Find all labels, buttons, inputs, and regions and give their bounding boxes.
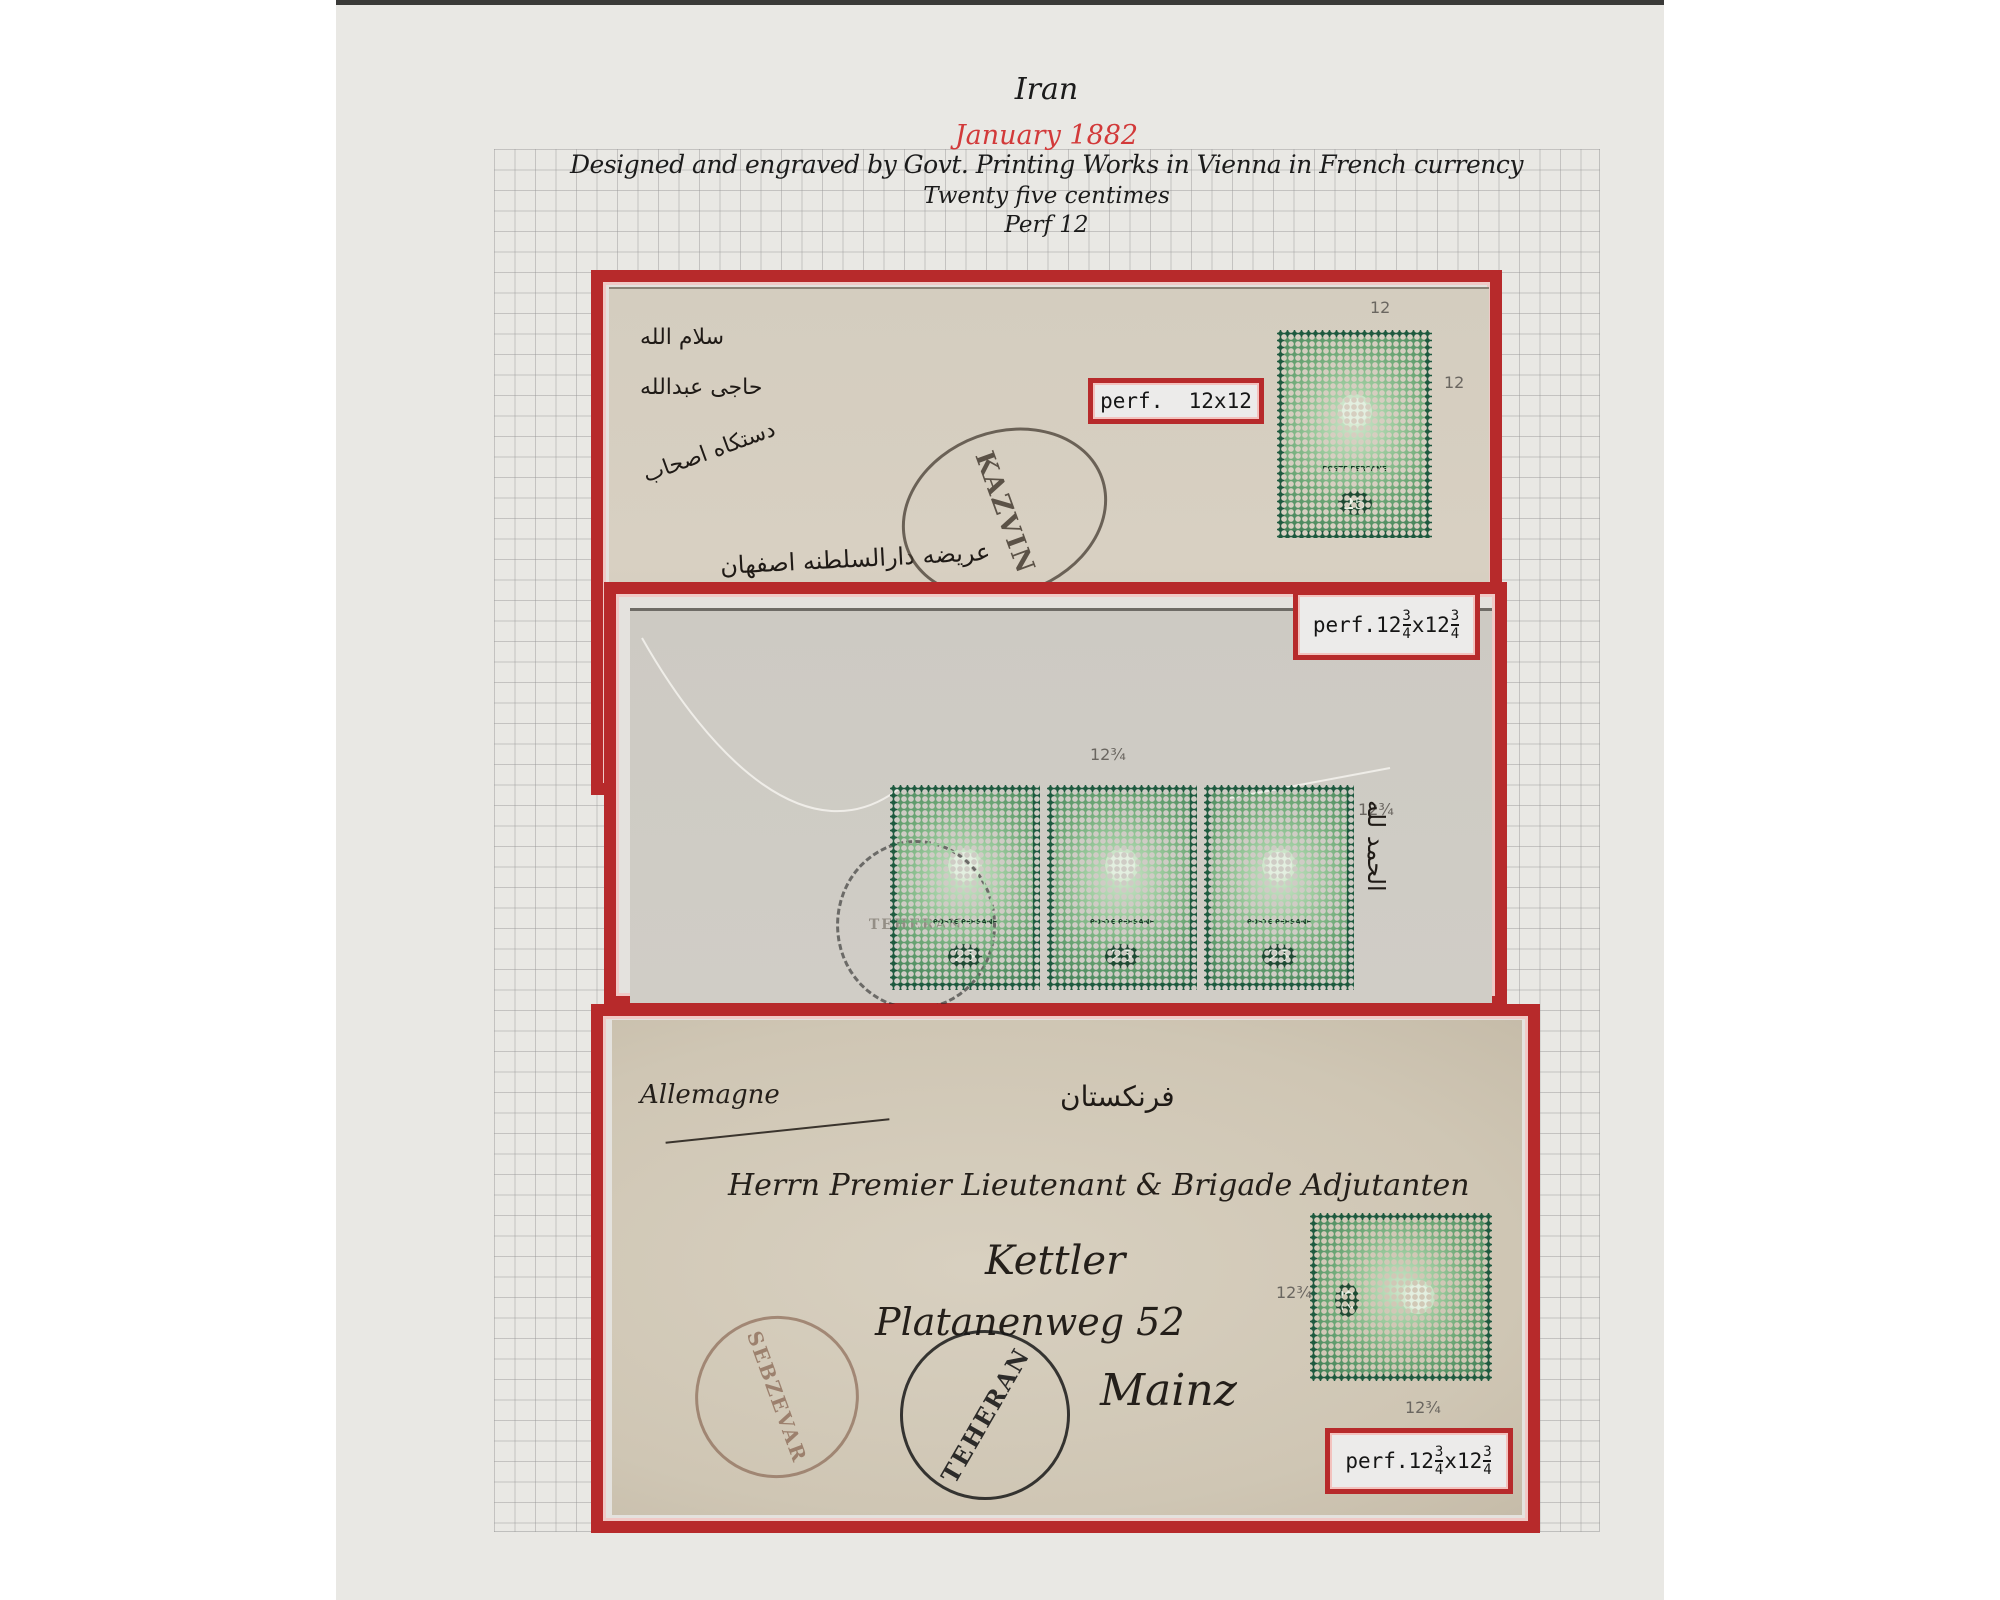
numerator: 3 bbox=[1451, 609, 1459, 623]
denominator: 4 bbox=[1451, 627, 1459, 641]
postmark-text: KAZVIN bbox=[968, 447, 1040, 578]
stamp-value: 25 bbox=[1105, 944, 1139, 968]
perf-fraction: 34 bbox=[1451, 609, 1459, 641]
sun-face-icon bbox=[1266, 852, 1292, 878]
address-persian: فرنکستان bbox=[1060, 1080, 1175, 1113]
postmark-text: TEHERAN bbox=[935, 1342, 1036, 1488]
sun-face-icon bbox=[1109, 852, 1135, 878]
perf-label-3: perf.1234x1234 bbox=[1325, 1428, 1513, 1494]
cover-1-stamp: POSTE PERSANE25 bbox=[1277, 330, 1432, 538]
perf-whole: 12 bbox=[1376, 613, 1401, 637]
perf-label-1: perf. 12x12 bbox=[1088, 378, 1264, 424]
pencil-note: 12¾ bbox=[1090, 745, 1126, 764]
address-city: Mainz bbox=[1100, 1365, 1237, 1416]
cover-2-persian-side-text: الحمد لله bbox=[1362, 800, 1390, 892]
stamp-value: 25 bbox=[1338, 491, 1372, 515]
perf-fraction: 34 bbox=[1402, 609, 1410, 641]
cover-2-stamp-3: POSTE PERSANE25 bbox=[1204, 785, 1354, 990]
perf-whole: 12 bbox=[1424, 613, 1449, 637]
perf-whole: 12 bbox=[1457, 1449, 1482, 1473]
numerator: 3 bbox=[1435, 1445, 1443, 1459]
cover-1-persian-line-1: سلام الله bbox=[640, 325, 724, 350]
postmark-text: SEBZEVAR bbox=[742, 1328, 812, 1466]
pencil-note: 12¾ bbox=[1276, 1283, 1312, 1302]
perf-label-2: perf.1234x1234 bbox=[1293, 590, 1480, 660]
stamp-design: 25 bbox=[1317, 1220, 1485, 1374]
stamp-inscription: POSTE PERSANE bbox=[1054, 918, 1190, 926]
page-title-country: Iran bbox=[494, 72, 1599, 107]
perf-prefix: perf. bbox=[1100, 389, 1163, 413]
stamp-design: POSTE PERSANE25 bbox=[1211, 792, 1347, 983]
stamp-value: 25 bbox=[948, 944, 982, 968]
perf-prefix: perf. bbox=[1345, 1449, 1408, 1473]
denominator: 4 bbox=[1483, 1463, 1491, 1477]
perf-whole: 12 bbox=[1409, 1449, 1434, 1473]
denomination-text: Twenty five centimes bbox=[494, 183, 1599, 209]
denominator: 4 bbox=[1435, 1463, 1443, 1477]
address-line-1: Herrn Premier Lieutenant & Brigade Adjut… bbox=[728, 1168, 1470, 1203]
numerator: 3 bbox=[1402, 609, 1410, 623]
stamp-inscription: POSTE PERSANE bbox=[1211, 918, 1347, 926]
perf-value: 12x12 bbox=[1189, 389, 1252, 413]
stamp-inscription: POSTE PERSANE bbox=[897, 918, 1033, 926]
address-name: Kettler bbox=[985, 1238, 1125, 1284]
issue-date: January 1882 bbox=[494, 120, 1599, 151]
sun-face-icon bbox=[952, 852, 978, 878]
perf-fraction: 34 bbox=[1435, 1445, 1443, 1477]
address-street: Platanenweg 52 bbox=[875, 1300, 1185, 1344]
cover-1-persian-line-2: حاجی عبدالله bbox=[640, 375, 762, 400]
sun-face-icon bbox=[1342, 398, 1368, 424]
perf-fraction: 34 bbox=[1483, 1445, 1491, 1477]
issue-description: Designed and engraved by Govt. Printing … bbox=[494, 150, 1599, 179]
pencil-note: 12 bbox=[1370, 298, 1390, 317]
cover-2-stamp-2: POSTE PERSANE25 bbox=[1047, 785, 1197, 990]
stamp-inscription: POSTE PERSANE bbox=[1284, 465, 1425, 473]
pencil-note: 12¾ bbox=[1405, 1398, 1441, 1417]
perf-prefix: perf. bbox=[1313, 613, 1376, 637]
address-country: Allemagne bbox=[640, 1080, 780, 1110]
pencil-note: 12 bbox=[1444, 373, 1464, 392]
sun-face-icon bbox=[1405, 1284, 1431, 1310]
perf-separator: x bbox=[1412, 613, 1425, 637]
perforation-heading: Perf 12 bbox=[494, 212, 1599, 238]
cover-2-stamp-1: POSTE PERSANE25 bbox=[890, 785, 1040, 990]
stamp-design: POSTE PERSANE25 bbox=[897, 792, 1033, 983]
denominator: 4 bbox=[1402, 627, 1410, 641]
stamp-design: POSTE PERSANE25 bbox=[1284, 337, 1425, 531]
perf-separator: x bbox=[1444, 1449, 1457, 1473]
stamp-design: POSTE PERSANE25 bbox=[1054, 792, 1190, 983]
stamp-value: 25 bbox=[1335, 1283, 1359, 1317]
numerator: 3 bbox=[1483, 1445, 1491, 1459]
stamp-value: 25 bbox=[1262, 944, 1296, 968]
cover-3-stamp: 25 bbox=[1310, 1213, 1492, 1381]
